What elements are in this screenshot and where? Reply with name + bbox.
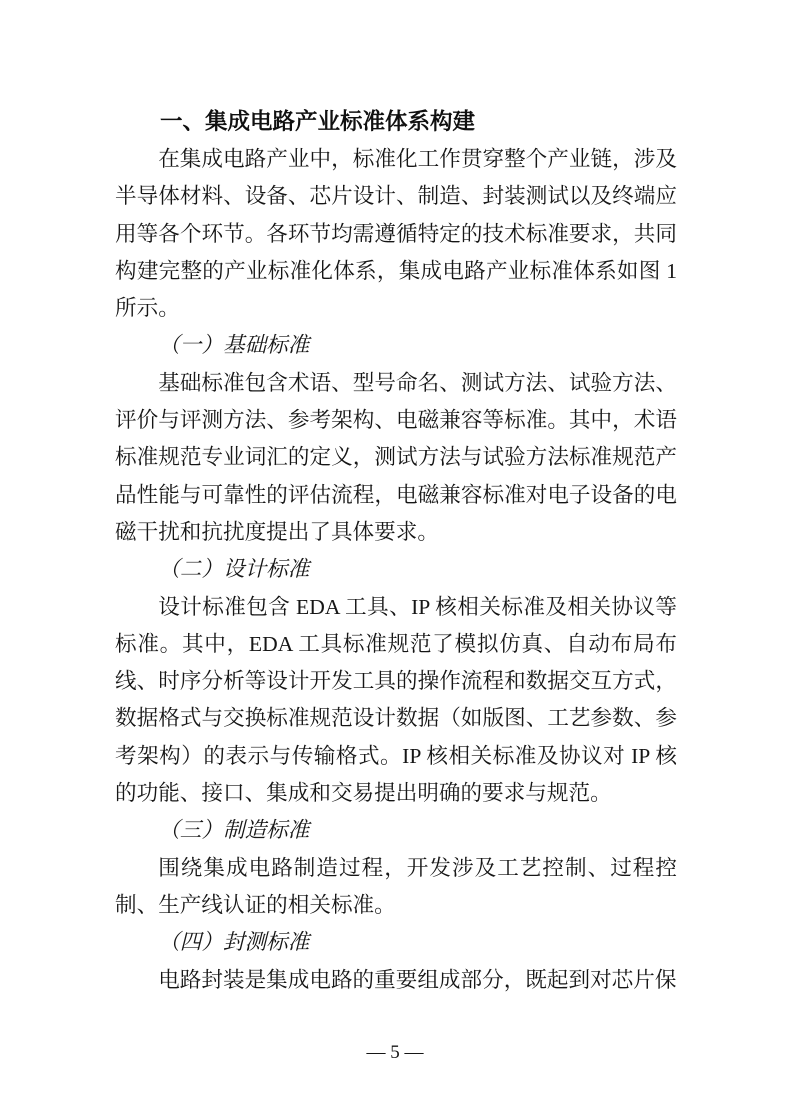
subsection-heading-manufacturing-standards: （三）制造标准 xyxy=(115,812,677,849)
main-heading: 一、集成电路产业标准体系构建 xyxy=(115,103,677,141)
subsection-heading-design-standards: （二）设计标准 xyxy=(115,551,677,588)
intro-paragraph: 在集成电路产业中，标准化工作贯穿整个产业链，涉及半导体材料、设备、芯片设计、制造… xyxy=(115,141,677,327)
subsection-heading-basic-standards: （一）基础标准 xyxy=(115,327,677,364)
page-number: — 5 — xyxy=(0,1041,790,1065)
page-content: 一、集成电路产业标准体系构建 在集成电路产业中，标准化工作贯穿整个产业链，涉及半… xyxy=(115,103,677,999)
subsection-heading-packaging-test-standards: （四）封测标准 xyxy=(115,924,677,961)
subsection-paragraph-basic-standards: 基础标准包含术语、型号命名、测试方法、试验方法、评价与评测方法、参考架构、电磁兼… xyxy=(115,365,677,551)
subsection-paragraph-design-standards: 设计标准包含 EDA 工具、IP 核相关标准及相关协议等标准。其中，EDA 工具… xyxy=(115,589,677,813)
document-page: 一、集成电路产业标准体系构建 在集成电路产业中，标准化工作贯穿整个产业链，涉及半… xyxy=(0,0,790,1119)
subsection-paragraph-packaging-test-standards: 电路封装是集成电路的重要组成部分，既起到对芯片保 xyxy=(115,962,677,999)
subsection-paragraph-manufacturing-standards: 围绕集成电路制造过程，开发涉及工艺控制、过程控制、生产线认证的相关标准。 xyxy=(115,850,677,925)
